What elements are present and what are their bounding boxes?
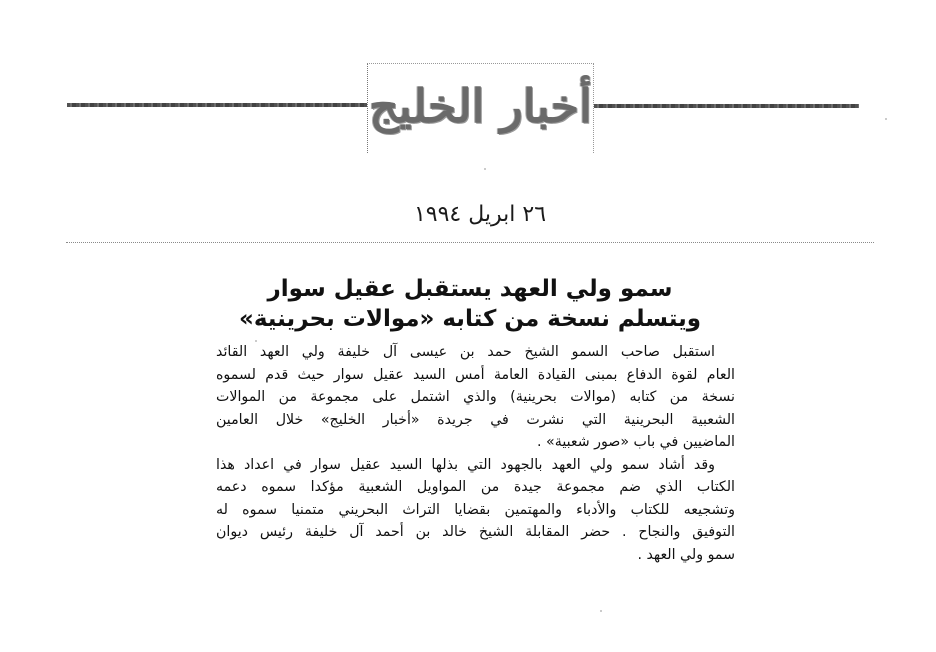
body-line: الكتاب الذي ضم مجموعة جيدة من المواويل ا… [216, 476, 735, 499]
section-divider [66, 242, 874, 243]
article-headline: سمو ولي العهد يستقبل عقيل سوار ويتسلم نس… [200, 274, 740, 334]
masthead-rule-right [594, 104, 859, 108]
masthead-box: أخبار الخليج [367, 63, 594, 153]
body-line: وتشجيعه للكتاب والأدباء والمهتمين بقضايا… [216, 499, 735, 522]
body-line: سمو ولي العهد . [216, 544, 735, 567]
headline-line-1: سمو ولي العهد يستقبل عقيل سوار [200, 274, 740, 304]
body-line: وقد أشاد سمو ولي العهد بالجهود التي بذله… [216, 454, 735, 477]
body-line: استقبل صاحب السمو الشيخ حمد بن عيسى آل خ… [216, 341, 735, 364]
body-line: الشعبية البحرينية التي نشرت في جريدة «أخ… [216, 409, 735, 432]
paragraph-1: استقبل صاحب السمو الشيخ حمد بن عيسى آل خ… [216, 341, 735, 454]
article-body: استقبل صاحب السمو الشيخ حمد بن عيسى آل خ… [216, 341, 735, 566]
body-line: نسخة من كتابه (موالات بحرينية) والذي اشت… [216, 386, 735, 409]
body-line: التوفيق والنجاح . حضر المقابلة الشيخ خال… [216, 521, 735, 544]
masthead-rule-left [67, 103, 367, 107]
body-line: العام لقوة الدفاع بمبنى القيادة العامة أ… [216, 364, 735, 387]
headline-line-2: ويتسلم نسخة من كتابه «موالات بحرينية» [200, 304, 740, 334]
publication-date: ٢٦ ابريل ١٩٩٤ [380, 198, 580, 232]
scan-speck [484, 168, 486, 170]
newspaper-logo: أخبار الخليج [368, 74, 593, 138]
body-line: الماضيين في باب «صور شعبية» . [216, 431, 735, 454]
scan-speck [600, 610, 602, 612]
paragraph-2: وقد أشاد سمو ولي العهد بالجهود التي بذله… [216, 454, 735, 567]
scan-speck [255, 340, 257, 342]
scan-speck [885, 118, 887, 120]
